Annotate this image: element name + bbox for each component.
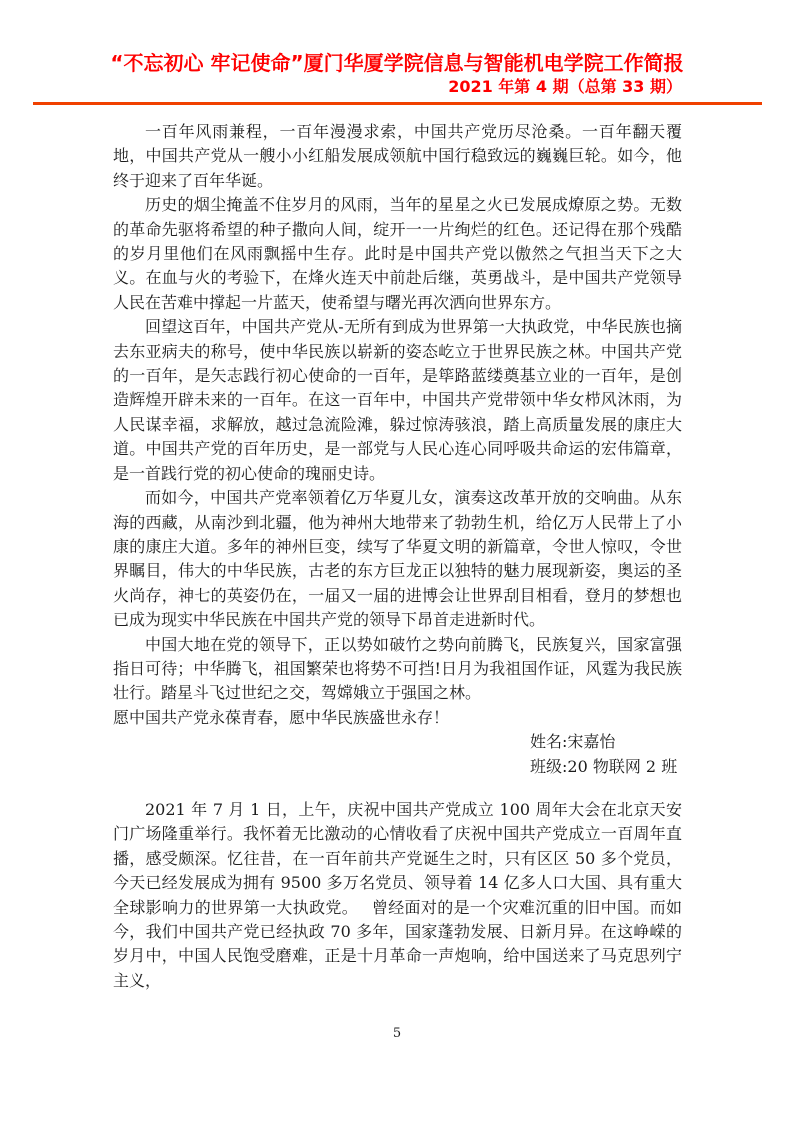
document-body: 一百年风雨兼程，一百年漫漫求索，中国共产党历尽沧桑。一百年翻天覆地，中国共产党从… (113, 120, 682, 993)
issue-number: 2021 年第 4 期（总第 33 期） (0, 77, 682, 96)
essay1-paragraph: 一百年风雨兼程，一百年漫漫求索，中国共产党历尽沧桑。一百年翻天覆地，中国共产党从… (113, 120, 682, 193)
essay1-paragraph: 中国大地在党的领导下，正以势如破竹之势向前腾飞，民族复兴，国家富强指日可待；中华… (113, 633, 682, 706)
bulletin-title: “不忘初心 牢记使命”厦门华厦学院信息与智能机电学院工作简报 (0, 51, 794, 75)
essay1-closing-line: 愿中国共产党永葆青春，愿中华民族盛世永存！ (113, 706, 682, 730)
header-divider (33, 102, 762, 105)
essay1-paragraph: 而如今，中国共产党率领着亿万华夏儿女，演奏这改革开放的交响曲。从东海的西藏，从南… (113, 486, 682, 632)
essay1-paragraph: 回望这百年，中国共产党从-无所有到成为世界第一大执政党，中华民族也摘去东亚病夫的… (113, 315, 682, 486)
document-page: “不忘初心 牢记使命”厦门华厦学院信息与智能机电学院工作简报 2021 年第 4… (0, 0, 794, 1123)
signature-block: 姓名:宋嘉怡 班级:20 物联网 2 班 (530, 730, 682, 779)
essay2-paragraph: 2021 年 7 月 1 日，上午，庆祝中国共产党成立 100 周年大会在北京天… (113, 798, 682, 993)
page-number: 5 (0, 1026, 794, 1041)
signature-class: 班级:20 物联网 2 班 (530, 755, 682, 779)
signature-name: 姓名:宋嘉怡 (530, 730, 682, 754)
section-gap (113, 779, 682, 798)
bulletin-header: “不忘初心 牢记使命”厦门华厦学院信息与智能机电学院工作简报 2021 年第 4… (0, 0, 794, 105)
essay1-paragraph: 历史的烟尘掩盖不住岁月的风雨，当年的星星之火已发展成燎原之势。无数的革命先驱将希… (113, 193, 682, 315)
